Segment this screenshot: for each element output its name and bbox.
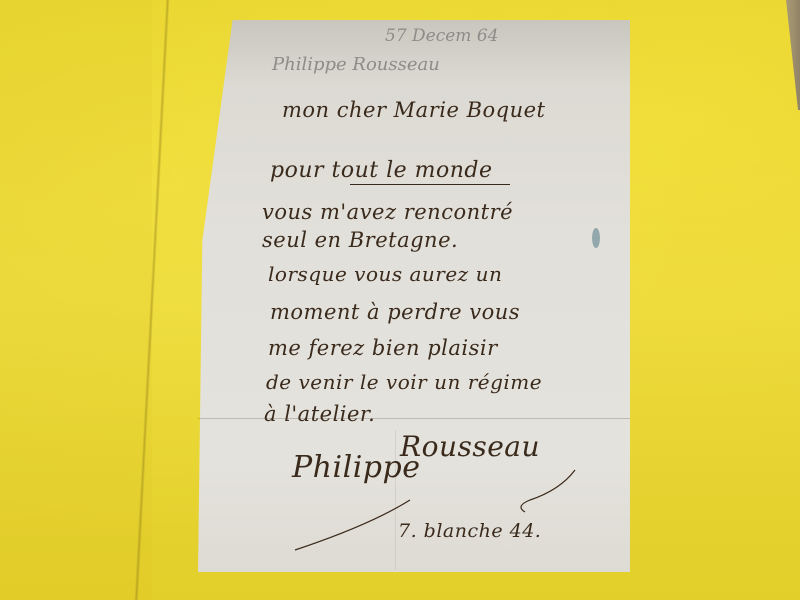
letter-line-1: pour tout le monde: [270, 158, 493, 183]
letter-line-6: me ferez bien plaisir: [268, 336, 498, 360]
letter-line-5: moment à perdre vous: [270, 300, 520, 324]
pencil-attribution: Philippe Rousseau: [272, 54, 440, 75]
letter-line-4: lorsque vous aurez un: [268, 262, 502, 286]
signature-flourish: [290, 440, 590, 560]
letter-line-7: de venir le voir un régime: [266, 370, 542, 394]
wax-seal-remnant: [592, 228, 600, 248]
letter-line-3: seul en Bretagne.: [262, 228, 458, 252]
folder-left-flap: [0, 0, 152, 600]
underline-stroke: [350, 184, 510, 185]
letter-line-1-text: pour tout le monde: [270, 158, 493, 183]
pencil-date-note: 57 Decem 64: [385, 26, 498, 46]
paper-fold-line: [198, 418, 630, 419]
letter-line-2: vous m'avez rencontré: [262, 200, 513, 224]
letter-line-8: à l'atelier.: [264, 402, 375, 426]
salutation-line: mon cher Marie Boquet: [282, 98, 545, 122]
address-line: 7. blanche 44.: [398, 520, 541, 542]
